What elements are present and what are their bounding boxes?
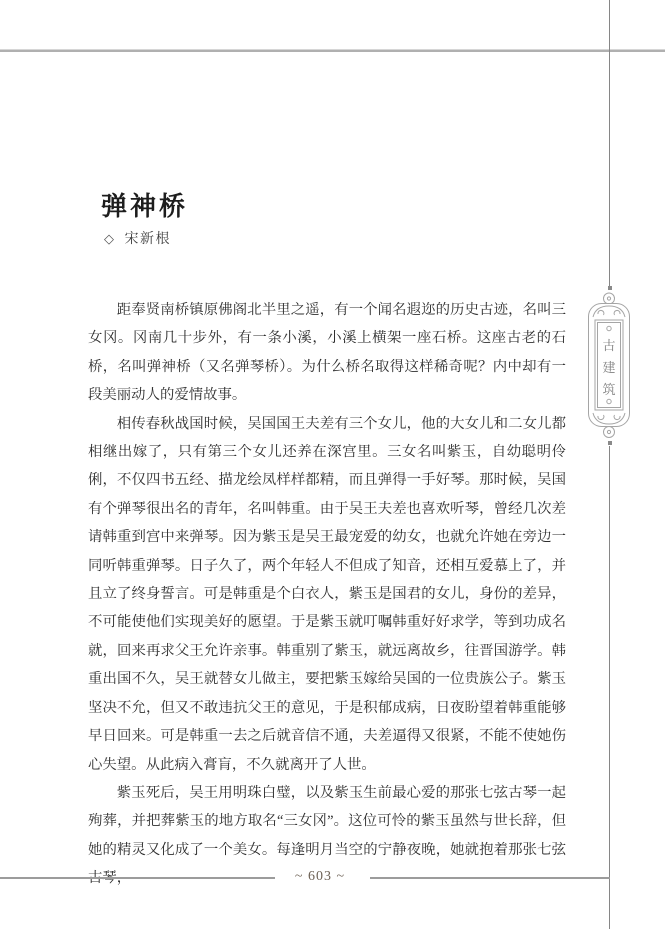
chapter-plaque-ornament: 古 建 筑 [585, 290, 633, 442]
page-number: ~ 603 ~ [270, 869, 370, 885]
diamond-icon: ◇ [104, 231, 116, 246]
paragraph-2: 相传春秋战国时候，吴国国王夫差有三个女儿，他的大女儿和二女儿都相继出嫁了，只有第… [88, 410, 566, 779]
author-name: 宋新根 [125, 230, 172, 246]
article-title: 弹神桥 [101, 186, 188, 223]
author-line: ◇宋新根 [104, 228, 171, 248]
top-rule [0, 49, 665, 52]
right-vertical-rule-top [609, 0, 610, 286]
right-vertical-rule-bottom [609, 446, 610, 929]
plaque-char-1: 古 [602, 338, 615, 353]
paragraph-1: 距奉贤南桥镇原佛阁北半里之遥，有一个闻名遐迩的历史古迹，名叫三女冈。冈南几十步外… [88, 296, 566, 410]
plaque-char-3: 筑 [602, 382, 615, 397]
article-body: 距奉贤南桥镇原佛阁北半里之遥，有一个闻名遐迩的历史古迹，名叫三女冈。冈南几十步外… [88, 296, 566, 893]
book-page: 弹神桥 ◇宋新根 距奉贤南桥镇原佛阁北半里之遥，有一个闻名遐迩的历史古迹，名叫三… [0, 0, 665, 929]
plaque-char-2: 建 [602, 360, 615, 375]
footer-rule-right [370, 877, 610, 879]
footer-rule-left [0, 877, 275, 879]
